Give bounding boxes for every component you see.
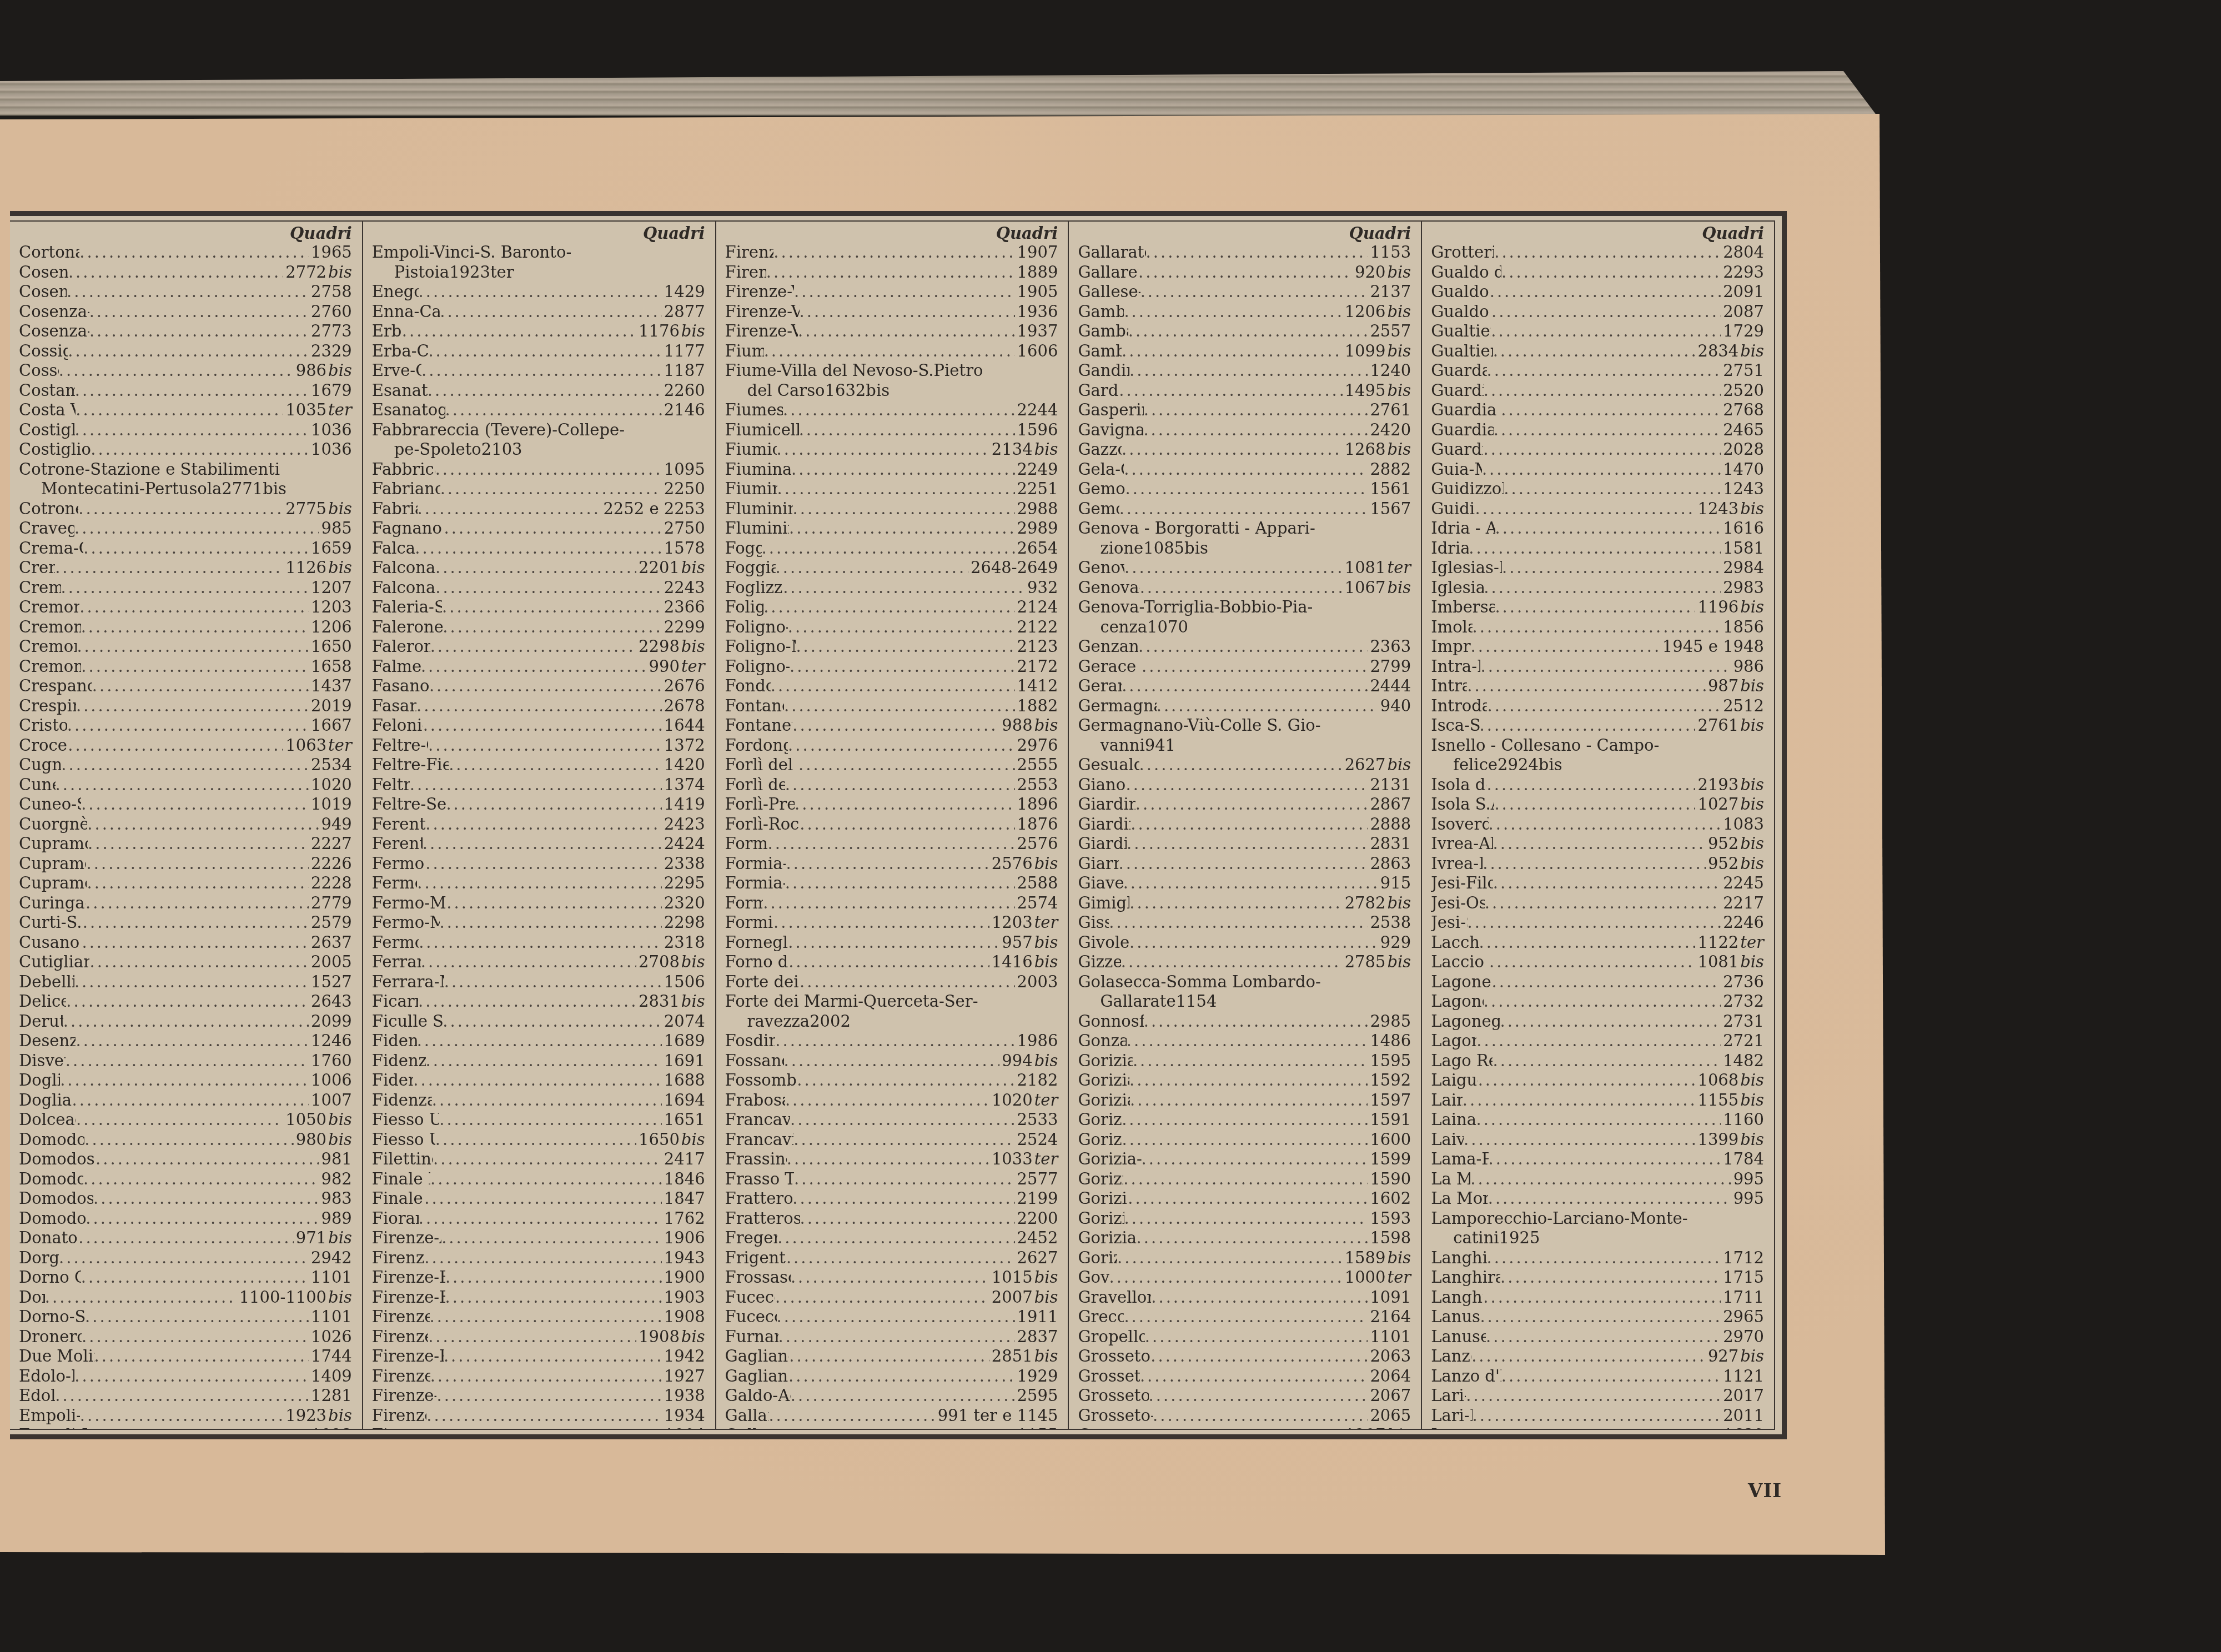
entry-name: Fermo-Macerata xyxy=(372,873,418,893)
entry-name: Germagnano-Viù-Colle S. Gio- xyxy=(1078,716,1411,736)
quadro-value: 985 xyxy=(321,519,351,538)
quadro-number: 1599 xyxy=(1368,1149,1411,1169)
quadro-number: 987bis xyxy=(1706,676,1764,696)
quadro-value: 940 xyxy=(1380,696,1411,715)
index-entry: Fucecchio-Pontedera2007bis xyxy=(725,1288,1058,1308)
index-entry: Cremona-Castelvisconti1203 xyxy=(19,597,352,617)
quadro-number: 1593 xyxy=(1368,1209,1411,1229)
quadro-value: 1027 xyxy=(1697,795,1738,814)
index-entry: Laurana-Montemaggiore1639 xyxy=(1431,1425,1764,1429)
index-entry: Giardini-Taormina2831 xyxy=(1078,834,1411,854)
entry-name: Imbersago-Cernusco Merate xyxy=(1431,597,1495,617)
entry-name: Guidizzolo-Desenzano-Brescia xyxy=(1431,479,1504,499)
index-entry: Forte dei Marmi-Querceta-Ser-ravezza2002 xyxy=(725,992,1058,1031)
index-entry: Dogliani-Murazzano1007 xyxy=(19,1091,352,1111)
quadro-number: 2444 xyxy=(1368,676,1411,696)
quadro-value: 1206 xyxy=(1345,302,1386,321)
entry-name: Firenze-Radda-Siena xyxy=(372,1406,427,1426)
index-entry: Langhirano-Tizzano1711 xyxy=(1431,1288,1764,1308)
quadro-number: 2785bis xyxy=(1343,952,1411,972)
quadro-number: 2553 xyxy=(1015,775,1058,795)
entry-name: Iglesias-Portovesme xyxy=(1431,578,1484,598)
dot-leader xyxy=(78,499,283,519)
index-entry: Crespina-Collesalvetti2019 xyxy=(19,696,352,716)
quadro-value: 1904 xyxy=(664,1425,705,1429)
quadro-suffix: ter xyxy=(1033,1091,1058,1109)
index-entry: Fidenza-Salsomaggiore1694 xyxy=(372,1091,705,1111)
dot-leader xyxy=(1495,519,1721,539)
index-column-4: Quadri Gallarate-Peveranza-Varese1153Gal… xyxy=(1069,222,1422,1429)
quadro-value: 1667 xyxy=(311,716,352,735)
index-entry: Dorno-Pavia1100-1100bis xyxy=(19,1288,352,1308)
index-entry: Langhirano-Monchio-Rigoso1715 xyxy=(1431,1268,1764,1288)
quadro-suffix: bis xyxy=(326,263,352,282)
entry-name: Gravellona-Cilavegna-Mortara xyxy=(1078,1288,1151,1308)
quadro-number: 1567 xyxy=(1368,499,1411,519)
index-entry: Finale Emilia-Bondeno1846 xyxy=(372,1169,705,1189)
dot-leader xyxy=(1480,716,1696,736)
quadro-number: 1644 xyxy=(662,716,705,736)
index-entry: Fratterosa S.Lorenzo in Campo2200 xyxy=(725,1209,1058,1229)
dot-leader xyxy=(76,1031,309,1051)
dot-leader xyxy=(440,1425,662,1429)
quadro-value: 2775 xyxy=(285,499,326,518)
index-entry: Cupramontana-Staffolo-Jesi2228 xyxy=(19,873,352,893)
index-entry: Domodossola-Villadossola989 xyxy=(19,1209,352,1229)
index-entry: Fossano-Murazzo-Cuneo994bis xyxy=(725,1051,1058,1071)
index-entry: Esanatoglia-Fabriano2260 xyxy=(372,381,705,401)
quadro-number: 1943 xyxy=(662,1248,705,1268)
quadro-suffix: bis xyxy=(1385,893,1411,912)
index-entry: Cremona-Asola1207 xyxy=(19,578,352,598)
index-entry: Francavilla al mare-Pescara2524 xyxy=(725,1130,1058,1150)
dot-leader xyxy=(797,1071,1014,1091)
quadro-value: 2298 xyxy=(664,913,705,932)
index-entry: Edolo-Tirano1281 xyxy=(19,1386,352,1406)
index-entry: Introdacqua-Sulmona2512 xyxy=(1431,696,1764,716)
quadro-number: 2320 xyxy=(662,893,705,913)
index-entry: Lagonegro-Senise-Nova Siri2731 xyxy=(1431,1012,1764,1032)
quadro-number: 1679 xyxy=(309,381,352,401)
entry-name: Gizzeria-Nicastro xyxy=(1078,952,1120,972)
dot-leader xyxy=(762,539,1015,559)
dot-leader xyxy=(92,676,309,696)
quadro-number: 2731 xyxy=(1721,1012,1764,1032)
dot-leader xyxy=(793,499,1015,519)
quadro-number: 2124 xyxy=(1015,597,1058,617)
quadro-value: 2965 xyxy=(1723,1307,1764,1326)
entry-name: Lainate-Rho xyxy=(1431,1091,1463,1111)
quadro-value: 1000 xyxy=(1345,1268,1386,1287)
quadro-number: 1598 xyxy=(1368,1228,1411,1248)
quadro-number: 2329 xyxy=(309,342,352,361)
dot-leader xyxy=(1144,1012,1368,1032)
dot-leader xyxy=(82,1327,309,1347)
index-entry: Lanusei-Barisardo2965 xyxy=(1431,1307,1764,1327)
quadro-number: 1691 xyxy=(662,1051,705,1071)
quadro-number: 1020ter xyxy=(989,1091,1058,1111)
entry-name: Firenze-Borgo S.Lorenzo-Luco xyxy=(372,1268,445,1288)
dot-leader xyxy=(777,1307,1015,1327)
index-entry: Cuorgnè-Sale Castelnuovo949 xyxy=(19,815,352,835)
quadro-value: 1927 xyxy=(664,1367,705,1385)
index-entry: Cosenza-S. Giovanni in Fiore2773 xyxy=(19,322,352,342)
quadro-value: 2099 xyxy=(311,1012,352,1031)
dot-leader xyxy=(416,696,662,716)
index-entry: Giaveno-Coazze915 xyxy=(1078,873,1411,893)
dot-leader xyxy=(784,696,1015,716)
entry-name: Gallarate-Borgomanero xyxy=(725,1406,769,1426)
index-entry: Feltre-Cesiomaggiore1372 xyxy=(372,736,705,756)
dot-leader xyxy=(81,795,309,815)
dot-leader xyxy=(76,400,283,420)
index-entry: Falerone-Mogliano-Macerata2299 xyxy=(372,617,705,637)
index-entry: Idria - Aidussina - Gorizia1616 xyxy=(1431,519,1764,539)
quadro-value: 1942 xyxy=(664,1347,705,1365)
entry-name: Fidenza Parma xyxy=(372,1071,413,1091)
dot-leader xyxy=(1487,361,1721,381)
quadro-value: 986 xyxy=(1733,657,1764,676)
entry-name: Cosenza-S. Demetrio Corone xyxy=(19,302,89,322)
entry-name: Gagliano Castelferrato-Agira xyxy=(725,1347,790,1367)
index-entry: Ficarra-Brolo Staz.2831bis xyxy=(372,992,705,1012)
dot-leader xyxy=(83,913,309,933)
quadro-value: 2444 xyxy=(1370,676,1411,695)
quadro-value: 2227 xyxy=(311,834,352,853)
dot-leader xyxy=(413,1071,662,1091)
quadro-number: 2574 xyxy=(1015,893,1058,913)
dot-leader xyxy=(1473,1406,1721,1426)
quadro-number: 2366 xyxy=(662,597,705,617)
quadro-number: 1070 xyxy=(1147,617,1188,637)
quadro-value: 2773 xyxy=(311,322,352,340)
dot-leader xyxy=(91,440,309,460)
quadro-number: 915 xyxy=(1378,873,1411,893)
entry-name: Cortona-Terontola Staz. xyxy=(19,243,79,263)
index-entry: Frigento-Grottaminarda2627 xyxy=(725,1248,1058,1268)
index-entry: Grotteria-Gioiosa Marina2804 xyxy=(1431,243,1764,263)
index-entry: Fasano-Stazione2678 xyxy=(372,696,705,716)
quadro-value: 989 xyxy=(321,1209,351,1228)
quadro-number: 1934 xyxy=(662,1406,705,1426)
quadro-value: 1923 xyxy=(285,1406,326,1425)
quadro-number: 1019 xyxy=(309,795,352,815)
quadro-number: 2019 xyxy=(309,696,352,716)
quadro-number: 2003 xyxy=(1015,972,1058,992)
index-entry: Gallareto-Villanova d'Asti920bis xyxy=(1078,263,1411,283)
entry-name: Fabriano-Sassoferrato xyxy=(372,499,418,519)
quadro-value: 1711 xyxy=(1723,1288,1764,1307)
quadro-value: 2924 xyxy=(1498,755,1539,774)
index-entry: Firenze-Pratovecchio-Stia1938 xyxy=(372,1386,705,1406)
index-entry: Fiesso Umbertiano-Ferrara1651 xyxy=(372,1110,705,1130)
quadro-number: 2512 xyxy=(1721,696,1764,716)
quadro-suffix: bis xyxy=(1385,381,1411,400)
quadro-number: 2103 xyxy=(481,440,522,460)
quadro-number: 2318 xyxy=(662,933,705,953)
entry-name: Fasano-Stazione xyxy=(372,696,416,716)
quadro-value: 2199 xyxy=(1017,1189,1058,1208)
entry-name: Gesualdo-Paternopoli Staz. xyxy=(1078,755,1139,775)
dot-leader xyxy=(67,282,309,302)
quadro-value: 1596 xyxy=(1017,420,1058,439)
entry-name: Costa Vescovato-Tortona xyxy=(19,400,76,420)
quadro-number: 1900 xyxy=(662,1268,705,1288)
dot-leader xyxy=(788,736,1015,756)
entry-name: Falconara Alta Falconara M. xyxy=(372,558,435,578)
dot-leader xyxy=(86,1209,319,1229)
entry-name: Firenze-Vallina xyxy=(725,263,766,283)
entry-name: Frasso Telesino-Dugenta St. xyxy=(725,1169,794,1189)
dot-leader xyxy=(443,617,662,637)
dot-leader xyxy=(1504,479,1721,499)
quadro-suffix: bis xyxy=(1033,440,1058,459)
index-entry: Isca-S. Andrea Jonio2761bis xyxy=(1431,716,1764,736)
dot-leader xyxy=(1476,1031,1721,1051)
dot-leader xyxy=(1157,696,1378,716)
entry-name: Cremona-Roccabianca xyxy=(19,637,77,657)
quadro-value: 957 xyxy=(1002,933,1032,952)
index-entry: Fucecchio-Stazione1911 xyxy=(725,1307,1058,1327)
quadro-number: 1945 e 1948 xyxy=(1660,637,1764,657)
quadro-number: 1160 xyxy=(1721,1110,1764,1130)
dot-leader xyxy=(790,657,1015,677)
entry-name: Fordongianus-Samugheo xyxy=(725,736,788,756)
quadro-value: 1688 xyxy=(664,1071,705,1089)
quadro-suffix: bis xyxy=(1738,775,1764,794)
quadro-number: 1650 xyxy=(309,637,352,657)
quadro-number: 2423 xyxy=(662,815,705,835)
quadro-value: 2863 xyxy=(1370,854,1411,873)
index-entry: Desenzano-Cunettone1246 xyxy=(19,1031,352,1051)
index-entry: Cugnoli-Alanno2534 xyxy=(19,755,352,775)
dot-leader xyxy=(1480,657,1731,677)
entry-name: Lama-Pavullo-Modena xyxy=(1431,1149,1488,1169)
quadro-value: 1246 xyxy=(311,1031,352,1050)
entry-name: Dorgali-Nuoro xyxy=(19,1248,59,1268)
quadro-value: 2423 xyxy=(664,815,705,833)
quadro-suffix: bis xyxy=(326,361,352,380)
entry-name: Ficulle Stazione-Ficulle Città xyxy=(372,1012,443,1032)
entry-name: Gandino-Gazzaniga xyxy=(1078,361,1129,381)
index-entry: Fermo-Ortezzano2318 xyxy=(372,933,705,953)
dot-leader xyxy=(773,243,1014,263)
dot-leader xyxy=(783,400,1015,420)
quadro-number: 1122ter xyxy=(1695,933,1764,953)
index-entry: Firenze (Autovie di)1943 xyxy=(372,1248,705,1268)
index-entry: Iglesias-Monteponi (Miniera)2984 xyxy=(1431,558,1764,578)
entry-name: Langhirano-Tizzano xyxy=(1431,1288,1483,1308)
entry-name: Fiorano-Sassuolo xyxy=(372,1209,419,1229)
quadro-value: 2103 xyxy=(481,440,522,459)
index-entry: Cossogno-Intra986bis xyxy=(19,361,352,381)
entry-name: Isnello - Collesano - Campo- xyxy=(1431,736,1764,756)
quadro-number: 1847 xyxy=(662,1189,705,1209)
quadro-value: 2329 xyxy=(311,342,352,360)
entry-name: Ficarra-Brolo Staz. xyxy=(372,992,418,1012)
index-entry: Genova-Torriglia-Bobbio-Pia-cenza1070 xyxy=(1078,597,1411,637)
quadro-value: 2028 xyxy=(1723,440,1764,459)
index-entry: Deliceto-Stazione2643 xyxy=(19,992,352,1012)
dot-leader xyxy=(432,1091,662,1111)
entry-name: Govone-Asti xyxy=(1078,1268,1109,1288)
entry-name: Gorizia-Palmanova xyxy=(1078,1189,1128,1209)
dot-leader xyxy=(1489,815,1721,835)
dot-leader xyxy=(87,815,319,835)
index-entry: Foligno-Assisi2124 xyxy=(725,597,1058,617)
quadro-number: 957bis xyxy=(999,933,1058,953)
quadro-number: 2417 xyxy=(662,1149,705,1169)
quadro-number: 1007 xyxy=(309,1091,352,1111)
index-entry: Forlì-Predappio-Premilcuore1896 xyxy=(725,795,1058,815)
quadro-number: 1206 xyxy=(309,617,352,637)
quadro-value: 2534 xyxy=(311,755,352,774)
quadro-value: 2245 xyxy=(1723,873,1764,892)
entry-name: Feltre-Fiera di P.-S.Martino di C. xyxy=(372,755,449,775)
dot-leader xyxy=(800,815,1014,835)
quadro-number: 1744 xyxy=(309,1347,352,1367)
dot-leader xyxy=(59,1248,309,1268)
dot-leader xyxy=(1491,302,1721,322)
quadro-suffix: bis xyxy=(1738,795,1764,814)
index-entry: Firenze-Trespiano1907 xyxy=(725,243,1058,263)
quadro-suffix: bis xyxy=(1738,854,1764,873)
quadro-number: 2298bis xyxy=(636,637,705,657)
index-entry: Greccio-Stazione2164 xyxy=(1078,1307,1411,1327)
index-entry: Lari-Livorno2017 xyxy=(1431,1386,1764,1406)
quadro-value: 2627 xyxy=(1345,755,1386,774)
entry-name: Gorizia-Tarnova-Loqua xyxy=(1078,1228,1136,1248)
index-entry: Cremona-Castelponzone1206 xyxy=(19,617,352,637)
entry-name: Francavilla al mare-Chieti xyxy=(725,1110,790,1130)
dot-leader xyxy=(1463,1091,1696,1111)
quadro-number: 2627bis xyxy=(1343,755,1411,775)
dot-leader xyxy=(1124,460,1368,480)
index-entry: Fontanelice-Firenzuola1882 xyxy=(725,696,1058,716)
entry-name: Gualdo Tadino-Perugia xyxy=(1431,282,1490,302)
entry-name: Fabriano-Fabriano Stazione xyxy=(372,479,440,499)
index-entry: Gualdo Tadino-Stazione2087 xyxy=(1431,302,1764,322)
quadro-value: 2834 xyxy=(1697,342,1738,360)
dot-leader xyxy=(1124,558,1343,578)
dot-leader xyxy=(59,361,294,381)
index-column-1: Quadri Cortona-Terontola Staz.1965Cosenz… xyxy=(10,222,363,1429)
quadro-value: 1416 xyxy=(992,952,1033,971)
quadro-value: 1934 xyxy=(664,1406,705,1425)
index-entry: Fondo-Revò-Cles1412 xyxy=(725,676,1058,696)
entry-name-continuation: vanni xyxy=(1100,736,1144,756)
quadro-number: 2595 xyxy=(1015,1386,1058,1406)
quadro-number: 989 xyxy=(319,1209,351,1229)
quadro-value: 1187 xyxy=(664,361,705,380)
index-entry: Guidizzolo-Desenzano-Brescia1243 xyxy=(1431,479,1764,499)
dot-leader xyxy=(87,873,309,893)
quadro-number: 1036 xyxy=(309,440,352,460)
quadro-suffix: bis xyxy=(1539,755,1562,774)
quadro-number: 2942 xyxy=(309,1248,352,1268)
index-entry: Firenze-Montespertoli1908 xyxy=(372,1307,705,1327)
quadro-value: 990 xyxy=(649,657,680,676)
index-entry: Fabriano-Fabriano Stazione2250 xyxy=(372,479,705,499)
quadro-value: 929 xyxy=(1380,933,1411,952)
quadro-number: 1067bis xyxy=(1343,578,1411,598)
entry-name: Fluminimaggiore-Iglesias xyxy=(725,519,789,539)
quadro-value: 1689 xyxy=(664,1031,705,1050)
entry-name: Finale Emilia-Bondeno xyxy=(372,1169,430,1189)
entry-name: Cosenza-S. Giovanni in Fiore xyxy=(19,322,89,342)
quadro-number: 2091 xyxy=(1721,282,1764,302)
quadro-number: 1927 xyxy=(662,1367,705,1387)
index-entry: Enna-Calascibetta-Stazione2877 xyxy=(372,302,705,322)
dot-leader xyxy=(789,1347,989,1367)
entry-name: Introdacqua-Sulmona xyxy=(1431,696,1487,716)
quadro-number: 2799 xyxy=(1368,657,1411,677)
quadro-number: 2831 xyxy=(1368,834,1411,854)
index-entry: Faleria-St. Rignano Flaminio2366 xyxy=(372,597,705,617)
entry-name: La Morra-Bra xyxy=(1431,1169,1470,1189)
quadro-value: 2065 xyxy=(1370,1406,1411,1425)
entry-name: Crema-Codogno-Piacenza xyxy=(19,539,83,559)
quadro-value: 1896 xyxy=(1017,795,1058,814)
index-entry: Cremona-Salsomaggiore1658 xyxy=(19,657,352,677)
index-entry: Felonica Po-Revere1644 xyxy=(372,716,705,736)
entry-name: Fiumicello-Monfalcone-Gorizia xyxy=(725,420,799,440)
quadro-number: 1689 xyxy=(662,1031,705,1051)
quadro-value: 1784 xyxy=(1723,1149,1764,1168)
entry-name: Greccio-Stazione xyxy=(1078,1307,1124,1327)
entry-name: Fermo-Ortezzano xyxy=(372,933,419,953)
entry-name: Fidenza-Fiorenzuola xyxy=(372,1051,426,1071)
index-entry: Deruta-Stazione2099 xyxy=(19,1012,352,1032)
index-entry: Forneglio-Serralunga Crea957bis xyxy=(725,933,1058,953)
quadro-number: 2524 xyxy=(1015,1130,1058,1150)
quadro-value: 1240 xyxy=(1370,361,1411,380)
index-entry: Giardinelli-Rammacca2867 xyxy=(1078,795,1411,815)
quadro-number: 983 xyxy=(319,1189,351,1209)
index-entry: Fermo-Monterubbiano-Petritoli2320 xyxy=(372,893,705,913)
dot-leader xyxy=(80,1406,283,1426)
quadro-suffix: bis xyxy=(1385,578,1411,597)
quadro-number: 1907 xyxy=(1015,243,1058,263)
quadro-number: 1616 xyxy=(1721,519,1764,539)
index-entry: Cuneo-Carrù1020 xyxy=(19,775,352,795)
dot-leader xyxy=(410,775,662,795)
dot-leader xyxy=(1482,460,1721,480)
quadro-suffix: bis xyxy=(1385,263,1411,282)
quadro-number: 1590 xyxy=(1368,1169,1411,1189)
quadro-number: 2002 xyxy=(810,1012,851,1032)
quadro-suffix: bis xyxy=(680,637,705,656)
dot-leader xyxy=(788,1367,1015,1387)
quadro-number: 2761bis xyxy=(1695,716,1764,736)
dot-leader xyxy=(444,519,662,539)
index-entry: Galdo-Acciaroli-Vallo Staz.2595 xyxy=(725,1386,1058,1406)
quadro-number: 2924bis xyxy=(1498,755,1562,775)
entry-name: Gonzaga-Mantova xyxy=(1078,1031,1126,1051)
entry-name: Edolo-Tirano xyxy=(19,1386,55,1406)
index-entry: Jesi-Ostra-Senigallia2217 xyxy=(1431,893,1764,913)
quadro-value: 2751 xyxy=(1723,361,1764,380)
quadro-number: 1596 xyxy=(1015,420,1058,440)
index-entry: Falconara Alta Falconara M.2201bis xyxy=(372,558,705,578)
quadro-number: 2773 xyxy=(309,322,352,342)
index-entry: Formia-Cassino2576 xyxy=(725,834,1058,854)
index-entry: Laives-Vurza1399bis xyxy=(1431,1130,1764,1150)
index-entry: Crema-Milano1126bis xyxy=(19,558,352,578)
entry-name: Genova - Borgoratti - Appari- xyxy=(1078,519,1411,539)
index-entry: Fiuminata-Fabriano2251 xyxy=(725,479,1058,499)
entry-name: Finale Emilia-Cento xyxy=(372,1189,424,1209)
